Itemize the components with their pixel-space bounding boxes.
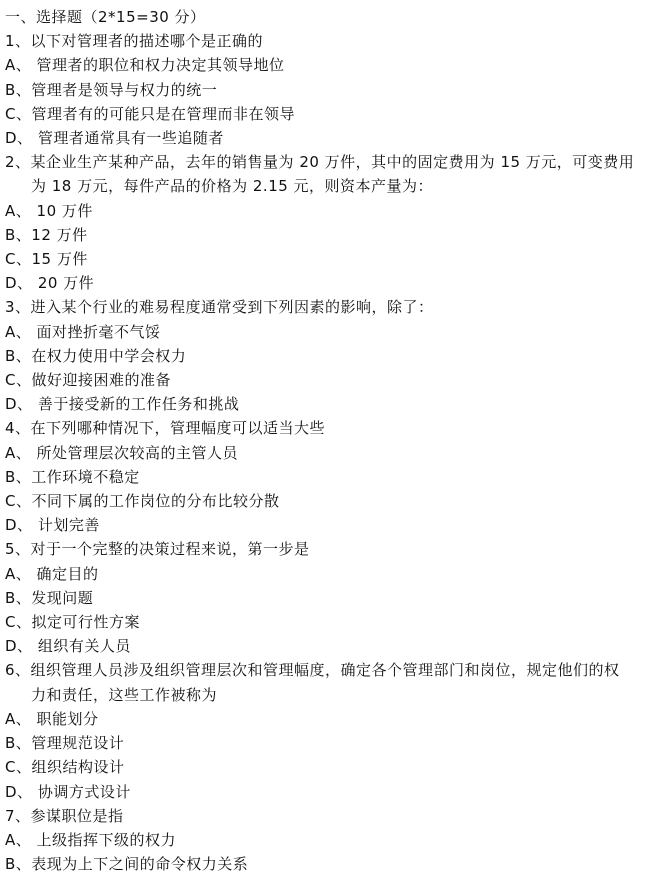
question-4-option-b: B、工作环境不稳定	[5, 465, 659, 489]
question-6-option-c: C、组织结构设计	[5, 755, 659, 779]
question-4-option-c: C、不同下属的工作岗位的分布比较分散	[5, 489, 659, 513]
question-2-option-c: C、15 万件	[5, 247, 659, 271]
question-5-option-b: B、发现问题	[5, 586, 659, 610]
question-1-option-a: A、 管理者的职位和权力决定其领导地位	[5, 53, 659, 77]
question-1-option-b: B、管理者是领导与权力的统一	[5, 78, 659, 102]
question-6-option-b: B、管理规范设计	[5, 731, 659, 755]
question-6-option-a: A、 职能划分	[5, 707, 659, 731]
question-1-option-c: C、管理者有的可能只是在管理而非在领导	[5, 102, 659, 126]
question-4-option-d: D、 计划完善	[5, 513, 659, 537]
question-7-option-a: A、 上级指挥下级的权力	[5, 828, 659, 852]
exam-document-page: 一、选择题（2*15=30 分） 1、以下对管理者的描述哪个是正确的 A、 管理…	[0, 0, 659, 874]
section-title: 一、选择题（2*15=30 分）	[5, 5, 659, 29]
question-2-stem-line-1: 2、某企业生产某种产品，去年的销售量为 20 万件，其中的固定费用为 15 万元…	[5, 150, 659, 174]
question-7-option-b: B、表现为上下之间的命令权力关系	[5, 852, 659, 874]
question-3-option-a: A、 面对挫折毫不气馁	[5, 320, 659, 344]
question-3-option-b: B、在权力使用中学会权力	[5, 344, 659, 368]
question-3-stem: 3、进入某个行业的难易程度通常受到下列因素的影响，除了：	[5, 295, 659, 319]
question-4-stem: 4、在下列哪种情况下，管理幅度可以适当大些	[5, 416, 659, 440]
question-2-stem-line-2: 为 18 万元，每件产品的价格为 2.15 元，则资本产量为：	[5, 174, 659, 198]
question-2-option-a: A、 10 万件	[5, 199, 659, 223]
question-2-option-d: D、 20 万件	[5, 271, 659, 295]
question-1-stem: 1、以下对管理者的描述哪个是正确的	[5, 29, 659, 53]
question-7-stem: 7、参谋职位是指	[5, 804, 659, 828]
question-5-option-d: D、 组织有关人员	[5, 634, 659, 658]
question-6-option-d: D、 协调方式设计	[5, 780, 659, 804]
question-3-option-c: C、做好迎接困难的准备	[5, 368, 659, 392]
question-6-stem-line-1: 6、组织管理人员涉及组织管理层次和管理幅度，确定各个管理部门和岗位，规定他们的权	[5, 658, 659, 682]
question-5-stem: 5、对于一个完整的决策过程来说，第一步是	[5, 537, 659, 561]
question-3-option-d: D、 善于接受新的工作任务和挑战	[5, 392, 659, 416]
question-1-option-d: D、 管理者通常具有一些追随者	[5, 126, 659, 150]
question-5-option-a: A、 确定目的	[5, 562, 659, 586]
question-6-stem-line-2: 力和责任，这些工作被称为	[5, 683, 659, 707]
question-5-option-c: C、拟定可行性方案	[5, 610, 659, 634]
question-2-option-b: B、12 万件	[5, 223, 659, 247]
question-4-option-a: A、 所处管理层次较高的主管人员	[5, 441, 659, 465]
